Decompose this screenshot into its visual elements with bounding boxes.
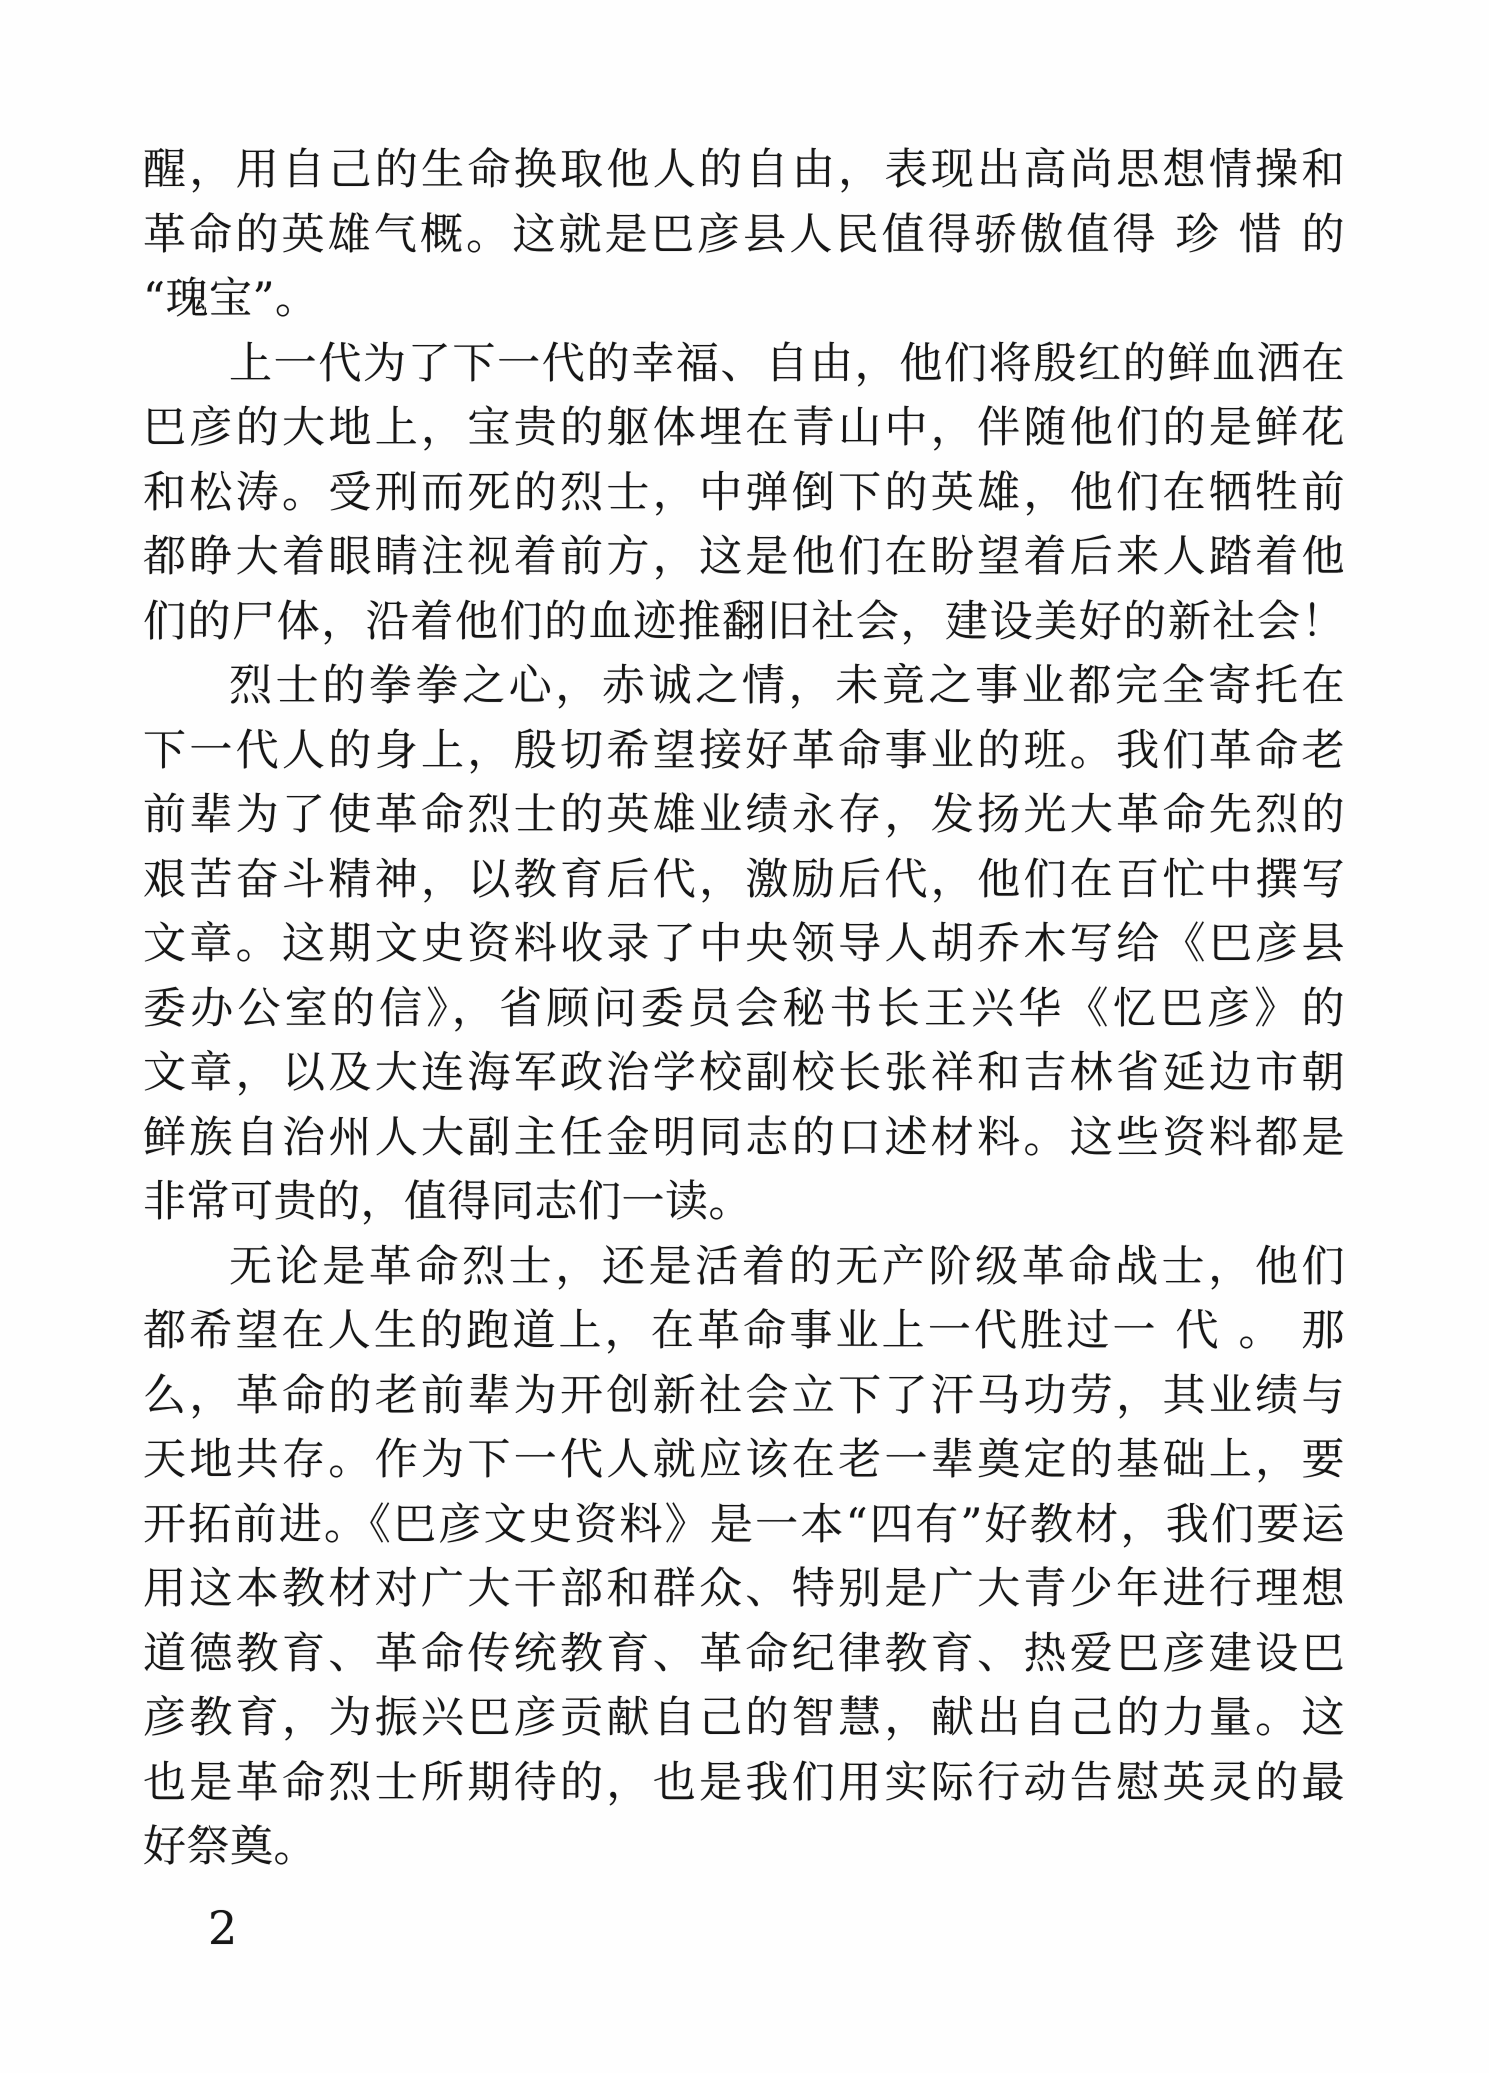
text-line: 天地共存。作为下一代人就应该在老一辈奠定的基础上，要	[143, 1428, 1345, 1493]
text-line: 革命的英雄气概。这就是巴彦县人民值得骄傲值得 珍 惜 的	[143, 203, 1345, 268]
text-line: 前辈为了使革命烈士的英雄业绩永存，发扬光大革命先烈的	[143, 783, 1345, 848]
text-line: 也是革命烈士所期待的，也是我们用实际行动告慰英灵的最	[143, 1751, 1345, 1816]
text-line: 文章，以及大连海军政治学校副校长张祥和吉林省延边市朝	[143, 1041, 1345, 1106]
text-line: 文章。这期文史资料收录了中央领导人胡乔木写给《巴彦县	[143, 912, 1345, 977]
text-line: 巴彦的大地上，宝贵的躯体埋在青山中，伴随他们的是鲜花	[143, 396, 1345, 461]
text-line: 好祭奠。	[143, 1815, 1345, 1880]
text-line: 上一代为了下一代的幸福、自由，他们将殷红的鲜血洒在	[143, 332, 1345, 397]
text-line: 彦教育，为振兴巴彦贡献自己的智慧，献出自己的力量。这	[143, 1686, 1345, 1751]
text-line: 开拓前进。《巴彦文史资料》是一本“四有”好教材，我们要运	[143, 1493, 1345, 1558]
text-line: 鲜族自治州人大副主任金明同志的口述材料。这些资料都是	[143, 1106, 1345, 1171]
text-line: 非常可贵的，值得同志们一读。	[143, 1170, 1345, 1235]
document-page: 醒，用自己的生命换取他人的自由，表现出高尚思想情操和革命的英雄气概。这就是巴彦县…	[0, 0, 1489, 2073]
text-line: 道德教育、革命传统教育、革命纪律教育、热爱巴彦建设巴	[143, 1622, 1345, 1687]
text-line: 们的尸体，沿着他们的血迹推翻旧社会，建设美好的新社会！	[143, 590, 1345, 655]
text-line: 和松涛。受刑而死的烈士，中弹倒下的英雄，他们在牺牲前	[143, 461, 1345, 526]
text-line: 醒，用自己的生命换取他人的自由，表现出高尚思想情操和	[143, 138, 1345, 203]
text-line: 都希望在人生的跑道上，在革命事业上一代胜过一 代 。 那	[143, 1299, 1345, 1364]
body-text: 醒，用自己的生命换取他人的自由，表现出高尚思想情操和革命的英雄气概。这就是巴彦县…	[143, 138, 1345, 1880]
text-line: 用这本教材对广大干部和群众、特别是广大青少年进行理想	[143, 1557, 1345, 1622]
text-line: 艰苦奋斗精神，以教育后代，激励后代，他们在百忙中撰写	[143, 848, 1345, 913]
text-line: 下一代人的身上，殷切希望接好革命事业的班。我们革命老	[143, 719, 1345, 784]
page-number: 2	[208, 1898, 237, 1958]
text-line: 都睁大着眼睛注视着前方，这是他们在盼望着后来人踏着他	[143, 525, 1345, 590]
text-line: 么，革命的老前辈为开创新社会立下了汗马功劳，其业绩与	[143, 1364, 1345, 1429]
text-line: 烈士的拳拳之心，赤诚之情，未竟之事业都完全寄托在	[143, 654, 1345, 719]
text-line: 委办公室的信》，省顾问委员会秘书长王兴华《忆巴彦》的	[143, 977, 1345, 1042]
text-line: 无论是革命烈士，还是活着的无产阶级革命战士，他们	[143, 1235, 1345, 1300]
text-line: “瑰宝”。	[143, 267, 1345, 332]
